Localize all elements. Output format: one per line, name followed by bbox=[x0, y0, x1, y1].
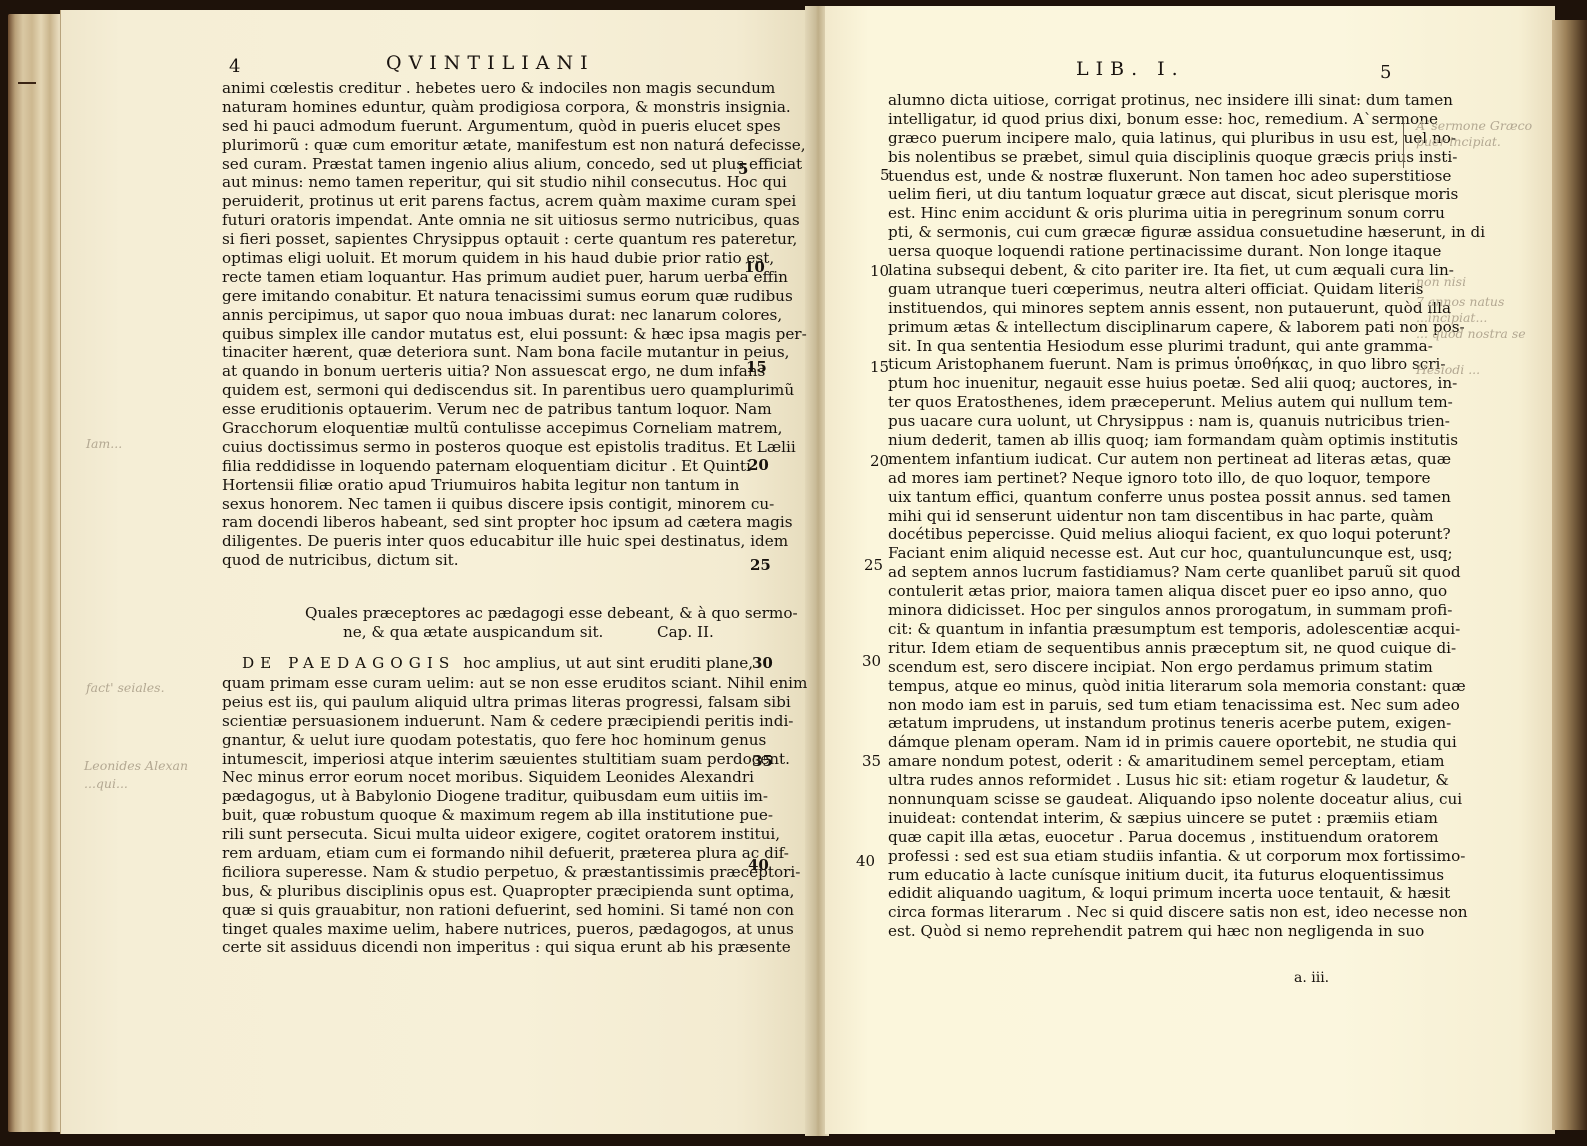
text-line: primum ætas & intellectum disciplinarum … bbox=[888, 318, 1398, 337]
text-line: naturam homines eduntur, quàm prodigiosa… bbox=[222, 98, 742, 117]
text-line: uix tantum effici, quantum conferre unus… bbox=[888, 488, 1398, 507]
text-line: cuius doctissimus sermo in posteros quoq… bbox=[222, 438, 742, 457]
chapter-heading-line-1: Quales præceptores ac pædagogi esse debe… bbox=[305, 604, 798, 623]
text-line: ficiliora superesse. Nam & studio perpet… bbox=[222, 863, 742, 882]
text-line: est. Hinc enim accidunt & oris plurima u… bbox=[888, 204, 1398, 223]
text-line: scientiæ persuasionem induerunt. Nam & c… bbox=[222, 712, 742, 731]
text-line: buit, quæ robustum quoque & maximum rege… bbox=[222, 806, 742, 825]
text-line: ad septem annos lucrum fastidiamus? Nam … bbox=[888, 563, 1398, 582]
text-line: sit. In qua sententia Hesiodum esse plur… bbox=[888, 337, 1398, 356]
chapter-number: Cap. II. bbox=[657, 623, 714, 642]
line-number: 15 bbox=[746, 358, 767, 376]
right-text-block: alumno dicta uitiose, corrigat protinus,… bbox=[888, 91, 1398, 941]
text-line: animi cœlestis creditur . hebetes uero &… bbox=[222, 79, 742, 98]
text-line: non modo iam est in paruis, sed tum etia… bbox=[888, 696, 1398, 715]
line-number: 5 bbox=[880, 166, 890, 184]
text-line: bis nolentibus se præbet, simul quia dis… bbox=[888, 148, 1398, 167]
text-line: nonnunquam scisse se gaudeat. Aliquando … bbox=[888, 790, 1398, 809]
text-line: filia reddidisse in loquendo paternam el… bbox=[222, 457, 742, 476]
text-line: bus, & pluribus disciplinis opus est. Qu… bbox=[222, 882, 742, 901]
text-line: pti, & sermonis, cui cum græcæ figuræ as… bbox=[888, 223, 1398, 242]
text-line: alumno dicta uitiose, corrigat protinus,… bbox=[888, 91, 1398, 110]
text-line: peius est iis, qui paulum aliquid ultra … bbox=[222, 693, 742, 712]
handwritten-annotation: puer incipiat. bbox=[1416, 134, 1501, 149]
text-line: diligentes. De pueris inter quos educabi… bbox=[222, 532, 742, 551]
line-number: 25 bbox=[750, 556, 771, 574]
text-line: inuideat: contendat interim, & sæpius ui… bbox=[888, 809, 1398, 828]
text-line: Faciant enim aliquid necesse est. Aut cu… bbox=[888, 544, 1398, 563]
text-line: ticum Aristophanem fuerunt. Nam is primu… bbox=[888, 355, 1398, 374]
right-page-edge bbox=[1552, 20, 1587, 1130]
text-line: latina subsequi debent, & cito pariter i… bbox=[888, 261, 1398, 280]
text-line: esse eruditionis optauerim. Verum nec de… bbox=[222, 400, 742, 419]
line-number: 25 bbox=[864, 556, 883, 574]
text-line: plurimorũ : quæ cum emoritur ætate, mani… bbox=[222, 136, 742, 155]
text-line: annis percipimus, ut sapor quo noua imbu… bbox=[222, 306, 742, 325]
left-text-block-2: quam primam esse curam uelim: aut se non… bbox=[222, 674, 742, 957]
text-line: circa formas literarum . Nec si quid dis… bbox=[888, 903, 1398, 922]
text-line: gere imitando conabitur. Et natura tenac… bbox=[222, 287, 742, 306]
line-number: 10 bbox=[744, 258, 765, 276]
text-line: ad mores iam pertinet? Neque ignoro toto… bbox=[888, 469, 1398, 488]
text-line: instituendos, qui minores septem annis e… bbox=[888, 299, 1398, 318]
line-number: 35 bbox=[862, 752, 881, 770]
text-line: ter quos Eratosthenes, idem præceperunt.… bbox=[888, 393, 1398, 412]
text-line: aut minus: nemo tamen reperitur, qui sit… bbox=[222, 173, 742, 192]
text-line: at quando in bonum uerteris uitia? Non a… bbox=[222, 362, 742, 381]
text-line: græco puerum incipere malo, quia latinus… bbox=[888, 129, 1398, 148]
text-line: docétibus pepercisse. Quid melius alioqu… bbox=[888, 525, 1398, 544]
text-line: edidit aliquando uagitum, & loqui primum… bbox=[888, 884, 1398, 903]
text-line: ultra rudes annos reformidet . Lusus hic… bbox=[888, 771, 1398, 790]
text-line: pædagogus, ut à Babylonio Diogene tradit… bbox=[222, 787, 742, 806]
text-line: ram docendi liberos habeant, sed sint pr… bbox=[222, 513, 742, 532]
left-page-edges bbox=[8, 14, 68, 1132]
text-line: uersa quoque loquendi ratione pertinacis… bbox=[888, 242, 1398, 261]
text-line: uelim fieri, ut diu tantum loquatur græc… bbox=[888, 185, 1398, 204]
text-line: scendum est, sero discere incipiat. Non … bbox=[888, 658, 1398, 677]
text-line: Hortensii filiæ oratio apud Triumuiros h… bbox=[222, 476, 742, 495]
handwritten-annotation: 7 annos natus bbox=[1416, 294, 1504, 309]
text-line: Nec minus error eorum nocet moribus. Siq… bbox=[222, 768, 742, 787]
line-number: 15 bbox=[870, 358, 889, 376]
handwritten-annotation: non nisi bbox=[1416, 274, 1466, 289]
chapter-opening-line: DE PAEDAGOGIShoc amplius, ut aut sint er… bbox=[242, 654, 753, 672]
text-line: recte tamen etiam loquantur. Has primum … bbox=[222, 268, 742, 287]
text-line: quam primam esse curam uelim: aut se non… bbox=[222, 674, 742, 693]
text-line: si fieri posset, sapientes Chrysippus op… bbox=[222, 230, 742, 249]
text-line: gnantur, & uelut iure quodam potestatis,… bbox=[222, 731, 742, 750]
text-line: rem arduam, etiam cum ei formando nihil … bbox=[222, 844, 742, 863]
text-line: minora didicisset. Hoc per singulos anno… bbox=[888, 601, 1398, 620]
chapter-opening-caps: DE PAEDAGOGIS bbox=[242, 654, 455, 672]
text-line: quidem est, sermoni qui dediscendus sit.… bbox=[222, 381, 742, 400]
text-line: quod de nutricibus, dictum sit. bbox=[222, 551, 742, 570]
text-line: mihi qui id senserunt uidentur non tam d… bbox=[888, 507, 1398, 526]
signature-mark: a. iii. bbox=[1294, 970, 1329, 986]
handwritten-annotation: ...qui... bbox=[84, 776, 128, 791]
text-line: quæ si quis grauabitur, non rationi defu… bbox=[222, 901, 742, 920]
text-line: ptum hoc inuenitur, negauit esse huius p… bbox=[888, 374, 1398, 393]
handwritten-annotation: A`sermone Græco bbox=[1416, 118, 1532, 133]
bookmark-tab bbox=[18, 54, 36, 84]
text-line: ætatum imprudens, ut instandum protinus … bbox=[888, 714, 1398, 733]
text-line: amare nondum potest, oderit : & amaritud… bbox=[888, 752, 1398, 771]
left-folio: 4 bbox=[229, 56, 240, 77]
text-line: futuri oratoris impendat. Ante omnia ne … bbox=[222, 211, 742, 230]
handwritten-annotation: ...incipiat... bbox=[1416, 310, 1487, 325]
text-line: rum educatio à lacte cunísque initium du… bbox=[888, 866, 1398, 885]
text-line: tinget quales maxime uelim, habere nutri… bbox=[222, 920, 742, 939]
text-line: guam utranque tueri cœperimus, neutra al… bbox=[888, 280, 1398, 299]
right-running-head: LIB. I. bbox=[1076, 58, 1185, 80]
chapter-opening-text: hoc amplius, ut aut sint eruditi plane, bbox=[463, 654, 753, 672]
text-line: nium dederit, tamen ab illis quoq; iam f… bbox=[888, 431, 1398, 450]
line-number: 30 bbox=[752, 654, 773, 672]
text-line: ritur. Idem etiam de sequentibus annis p… bbox=[888, 639, 1398, 658]
text-line: sexus honorem. Nec tamen ii quibus disce… bbox=[222, 495, 742, 514]
chapter-heading-line-2: ne, & qua ætate auspicandum sit. bbox=[305, 623, 798, 642]
text-line: professi : sed est sua etiam studiis inf… bbox=[888, 847, 1398, 866]
text-line: certe sit assiduus dicendi non imperitus… bbox=[222, 938, 742, 957]
text-line: pus uacare cura uolunt, ut Chrysippus : … bbox=[888, 412, 1398, 431]
text-line: quibus simplex ille candor mutatus est, … bbox=[222, 325, 742, 344]
line-number: 35 bbox=[752, 752, 773, 770]
text-line: dámque plenam operam. Nam id in primis c… bbox=[888, 733, 1398, 752]
margin-rule bbox=[1403, 118, 1404, 168]
handwritten-annotation: ... quod nostra se bbox=[1416, 326, 1526, 341]
open-book: 4 QVINTILIANI animi cœlestis creditur . … bbox=[0, 0, 1587, 1146]
text-line: contulerit ætas prior, maiora tamen aliq… bbox=[888, 582, 1398, 601]
text-line: tinaciter hærent, quæ deteriora sunt. Na… bbox=[222, 343, 742, 362]
line-number: 5 bbox=[738, 160, 748, 178]
handwritten-annotation: Hesiodi ... bbox=[1416, 362, 1480, 377]
line-number: 40 bbox=[856, 852, 875, 870]
handwritten-annotation: Leonides Alexan bbox=[84, 758, 188, 773]
handwritten-annotation: Iam... bbox=[86, 436, 122, 451]
left-text-block: animi cœlestis creditur . hebetes uero &… bbox=[222, 79, 742, 570]
text-line: sed curam. Præstat tamen ingenio alius a… bbox=[222, 155, 742, 174]
text-line: tuendus est, unde & nostræ fluxerunt. No… bbox=[888, 167, 1398, 186]
line-number: 20 bbox=[748, 456, 769, 474]
handwritten-annotation: fact' seiales. bbox=[86, 680, 165, 695]
text-line: sed hi pauci admodum fuerunt. Argumentum… bbox=[222, 117, 742, 136]
text-line: optimas eligi uoluit. Et morum quidem in… bbox=[222, 249, 742, 268]
line-number: 20 bbox=[870, 452, 889, 470]
line-number: 10 bbox=[870, 262, 889, 280]
text-line: tempus, atque eo minus, quòd initia lite… bbox=[888, 677, 1398, 696]
text-line: intumescit, imperiosi atque interim sæui… bbox=[222, 750, 742, 769]
text-line: quæ capit illa ætas, euocetur . Parua do… bbox=[888, 828, 1398, 847]
left-running-head: QVINTILIANI bbox=[386, 52, 595, 74]
text-line: peruiderit, protinus ut erit parens fact… bbox=[222, 192, 742, 211]
text-line: mentem infantium iudicat. Cur autem non … bbox=[888, 450, 1398, 469]
text-line: cit: & quantum in infantia præsumptum es… bbox=[888, 620, 1398, 639]
right-folio: 5 bbox=[1380, 62, 1391, 83]
text-line: Gracchorum eloquentiæ multũ contulisse a… bbox=[222, 419, 742, 438]
chapter-heading: Quales præceptores ac pædagogi esse debe… bbox=[305, 604, 798, 642]
text-line: rili sunt persecuta. Sicui multa uideor … bbox=[222, 825, 742, 844]
line-number: 40 bbox=[748, 856, 769, 874]
line-number: 30 bbox=[862, 652, 881, 670]
text-line: intelligatur, id quod prius dixi, bonum … bbox=[888, 110, 1398, 129]
text-line: est. Quòd si nemo reprehendit patrem qui… bbox=[888, 922, 1398, 941]
